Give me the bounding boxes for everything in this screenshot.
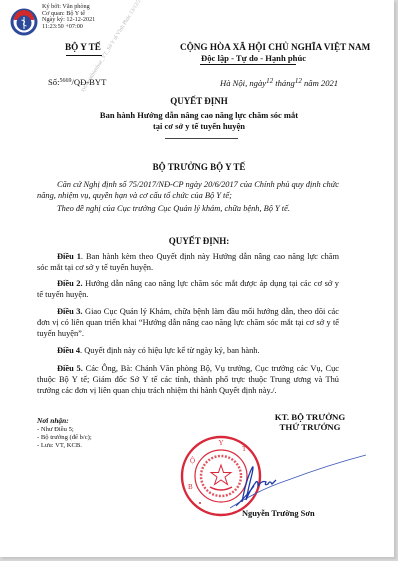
document-type: QUYẾT ĐỊNH: [0, 96, 394, 106]
article-text: . Ban hành kèm theo Quyết định này Hướng…: [37, 252, 339, 272]
divider: [66, 55, 102, 56]
signatory-line-2: THỨ TRƯỞNG: [260, 422, 360, 432]
divider: [200, 64, 296, 65]
recipient-item: - Như Điều 5;: [37, 426, 92, 434]
divider: [165, 138, 238, 139]
subject-line-2: tại cơ sở y tế tuyến huyện: [0, 121, 394, 132]
doc-number-prefix: Số:: [48, 77, 59, 87]
recipients-title: Nơi nhận:: [37, 416, 69, 425]
document-number: Số:5669/QĐ-BYT: [48, 77, 106, 87]
month-label: tháng: [275, 78, 295, 88]
handwritten-signature: [228, 450, 368, 510]
preamble-text: Theo đề nghị của Cục trưởng Cục Quản lý …: [57, 204, 290, 213]
document-subject: Ban hành Hướng dẫn nâng cao năng lực chă…: [0, 110, 394, 132]
document-page: Ký bởi: Văn phòng Cơ quan: Bộ Y tế Ngày …: [0, 0, 394, 557]
place-and-date: Hà Nội, ngày12 tháng12 năm 2021: [220, 77, 338, 88]
svg-text:Y: Y: [218, 439, 223, 447]
article-text: Giao Cục Quản lý Khám, chữa bệnh làm đầu…: [37, 307, 339, 338]
svg-text:B: B: [188, 483, 193, 491]
recipients-list: - Như Điều 5; - Bộ trưởng (để b/c); - Lư…: [37, 426, 92, 450]
place-prefix: Hà Nội, ngày: [220, 78, 266, 88]
article-2: Điều 2. Hướng dẫn nâng cao năng lực chăm…: [37, 278, 339, 300]
signer-name: Nguyễn Trường Sơn: [242, 509, 315, 518]
preamble-paragraph: Theo đề nghị của Cục trưởng Cục Quản lý …: [37, 203, 339, 214]
national-title: CỘNG HÒA XÃ HỘI CHỦ NGHĨA VIỆT NAM: [180, 42, 370, 52]
article-text: Hướng dẫn nâng cao năng lực chăm sóc mắt…: [37, 279, 339, 299]
signatory-title: KT. BỘ TRƯỞNG THỨ TRƯỞNG: [260, 412, 360, 432]
preamble-paragraph: Căn cứ Nghị định số 75/2017/NĐ-CP ngày 2…: [37, 179, 339, 201]
issuing-agency: BỘ Y TẾ: [65, 42, 101, 52]
svg-text:Ộ: Ộ: [190, 457, 195, 465]
year-text: năm 2021: [304, 78, 338, 88]
article-label: Điều 3.: [57, 307, 83, 316]
subject-line-1: Ban hành Hướng dẫn nâng cao năng lực chă…: [0, 110, 394, 121]
national-motto: Độc lập - Tự do - Hạnh phúc: [201, 53, 306, 63]
article-label: Điều 4: [57, 346, 80, 355]
digital-signature-info: Ký bởi: Văn phòng Cơ quan: Bộ Y tế Ngày …: [42, 4, 95, 30]
article-label: Điều 5.: [57, 364, 83, 373]
authority-heading: BỘ TRƯỞNG BỘ Y TẾ: [0, 162, 394, 172]
article-5: Điều 5. Các Ông, Bà: Chánh Văn phòng Bộ,…: [37, 363, 339, 396]
article-4: Điều 4. Quyết định này có hiệu lực kể từ…: [37, 345, 339, 356]
ministry-of-health-logo-icon: [10, 8, 38, 36]
article-1: Điều 1. Ban hành kèm theo Quyết định này…: [37, 251, 339, 273]
recipient-item: - Bộ trưởng (để b/c);: [37, 434, 92, 442]
article-text: . Quyết định này có hiệu lực kể từ ngày …: [80, 346, 260, 355]
recipient-item: - Lưu: VT, KCB.: [37, 442, 92, 450]
article-label: Điều 1: [57, 252, 81, 261]
doc-number-suffix: /QĐ-BYT: [71, 77, 106, 87]
article-label: Điều 2.: [57, 279, 83, 288]
article-text: Các Ông, Bà: Chánh Văn phòng Bộ, Vụ trưở…: [37, 364, 339, 395]
signatory-line-1: KT. BỘ TRƯỞNG: [260, 412, 360, 422]
preamble-text: Căn cứ Nghị định số 75/2017/NĐ-CP ngày 2…: [37, 180, 339, 200]
month-value: 12: [295, 77, 302, 85]
decision-heading: QUYẾT ĐỊNH:: [0, 236, 394, 246]
doc-number-value: 5669: [59, 78, 71, 84]
article-3: Điều 3. Giao Cục Quản lý Khám, chữa bệnh…: [37, 306, 339, 339]
sign-time-label: 11:23:50 +07:00: [42, 24, 95, 31]
